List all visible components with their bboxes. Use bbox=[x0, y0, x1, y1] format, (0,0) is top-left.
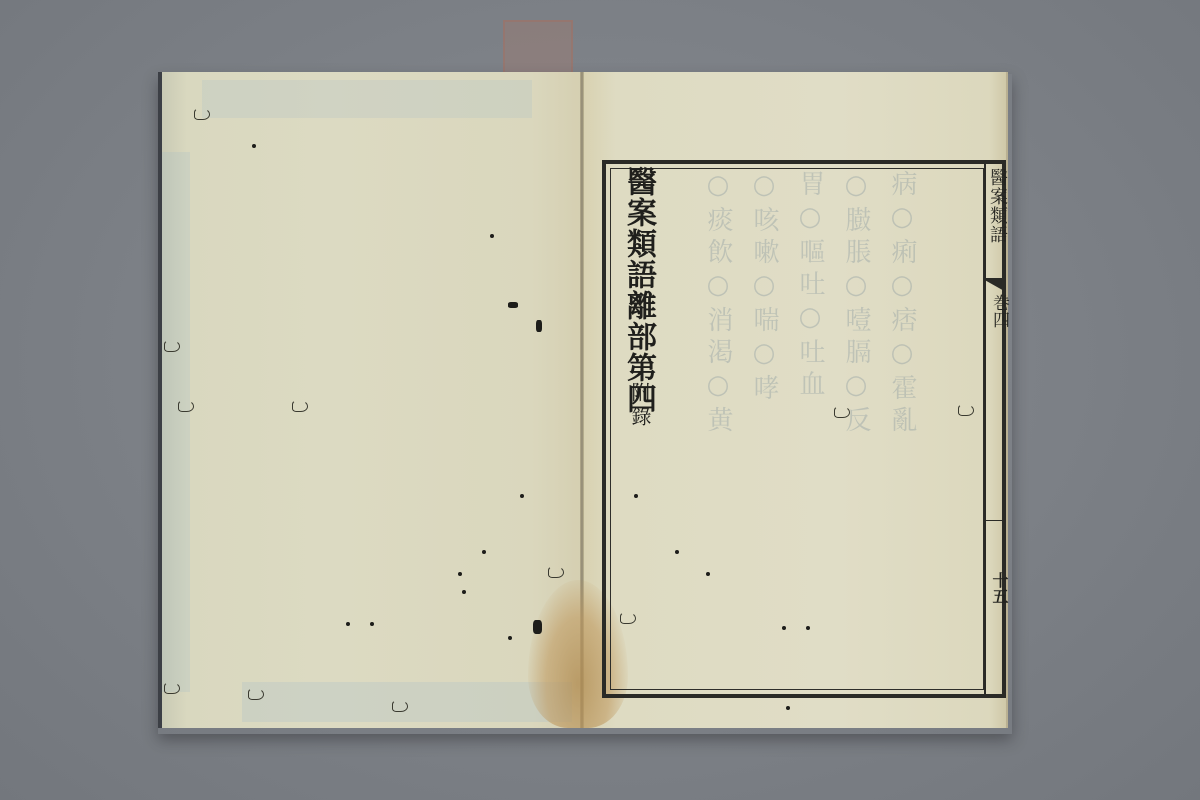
wormhole bbox=[178, 400, 194, 412]
wormhole-dot bbox=[634, 494, 638, 498]
wormhole-dot bbox=[786, 706, 790, 710]
chapter-title: 醫案類語離部第四 bbox=[614, 166, 658, 414]
wormhole-dot bbox=[370, 622, 374, 626]
paper-discoloration bbox=[162, 152, 190, 692]
fore-edge-page-number: 十五 bbox=[988, 572, 1011, 604]
wormhole-dot bbox=[520, 494, 524, 498]
wormhole-dot bbox=[806, 626, 810, 630]
fishtail-mark-icon bbox=[986, 278, 1006, 292]
wormhole bbox=[834, 406, 850, 418]
appendix-label: 附錄 bbox=[625, 382, 655, 430]
fore-edge-book-title: 醫案類語 bbox=[987, 168, 1007, 244]
wormhole-blob bbox=[533, 620, 542, 634]
bleed-column: 胃○嘔吐○吐血 bbox=[792, 170, 828, 685]
wormhole bbox=[548, 566, 564, 578]
wormhole-dot bbox=[458, 572, 462, 576]
fore-edge-volume: 巻四 bbox=[987, 294, 1012, 328]
fore-edge-label: 醫案類語 巻四 十五 bbox=[984, 160, 1006, 698]
wormhole-dot bbox=[252, 144, 256, 148]
wormhole-dot bbox=[706, 572, 710, 576]
wormhole-dot bbox=[462, 590, 466, 594]
wormhole bbox=[958, 404, 974, 416]
wormhole bbox=[392, 700, 408, 712]
wormhole bbox=[248, 688, 264, 700]
wormhole-dot bbox=[508, 636, 512, 640]
wormhole bbox=[164, 682, 180, 694]
wormhole-blob bbox=[508, 302, 518, 308]
wormhole-dot bbox=[490, 234, 494, 238]
wormhole-dot bbox=[675, 550, 679, 554]
left-page bbox=[158, 72, 582, 728]
wormhole bbox=[194, 108, 210, 120]
fore-edge-divider bbox=[986, 520, 1006, 521]
bleed-column: ○咳嗽○喘○哮 bbox=[746, 170, 782, 685]
paper-discoloration bbox=[202, 80, 532, 118]
wormhole-dot bbox=[346, 622, 350, 626]
wormhole bbox=[620, 612, 636, 624]
wormhole-dot bbox=[782, 626, 786, 630]
bleed-column: 病○痢○痞○霍亂 bbox=[884, 170, 920, 685]
bleed-column: ○臌脹○噎膈○反 bbox=[838, 170, 874, 685]
wormhole bbox=[164, 340, 180, 352]
wormhole-blob bbox=[536, 320, 542, 332]
bleed-column: ○痰飲○消渇○黄 bbox=[700, 170, 736, 685]
bleed-through-text: 病○痢○痞○霍亂 ○臌脹○噎膈○反 胃○嘔吐○吐血 ○咳嗽○喘○哮 ○痰飲○消渇… bbox=[640, 170, 920, 685]
wormhole-dot bbox=[482, 550, 486, 554]
paper-discoloration bbox=[242, 682, 572, 722]
wormhole bbox=[292, 400, 308, 412]
